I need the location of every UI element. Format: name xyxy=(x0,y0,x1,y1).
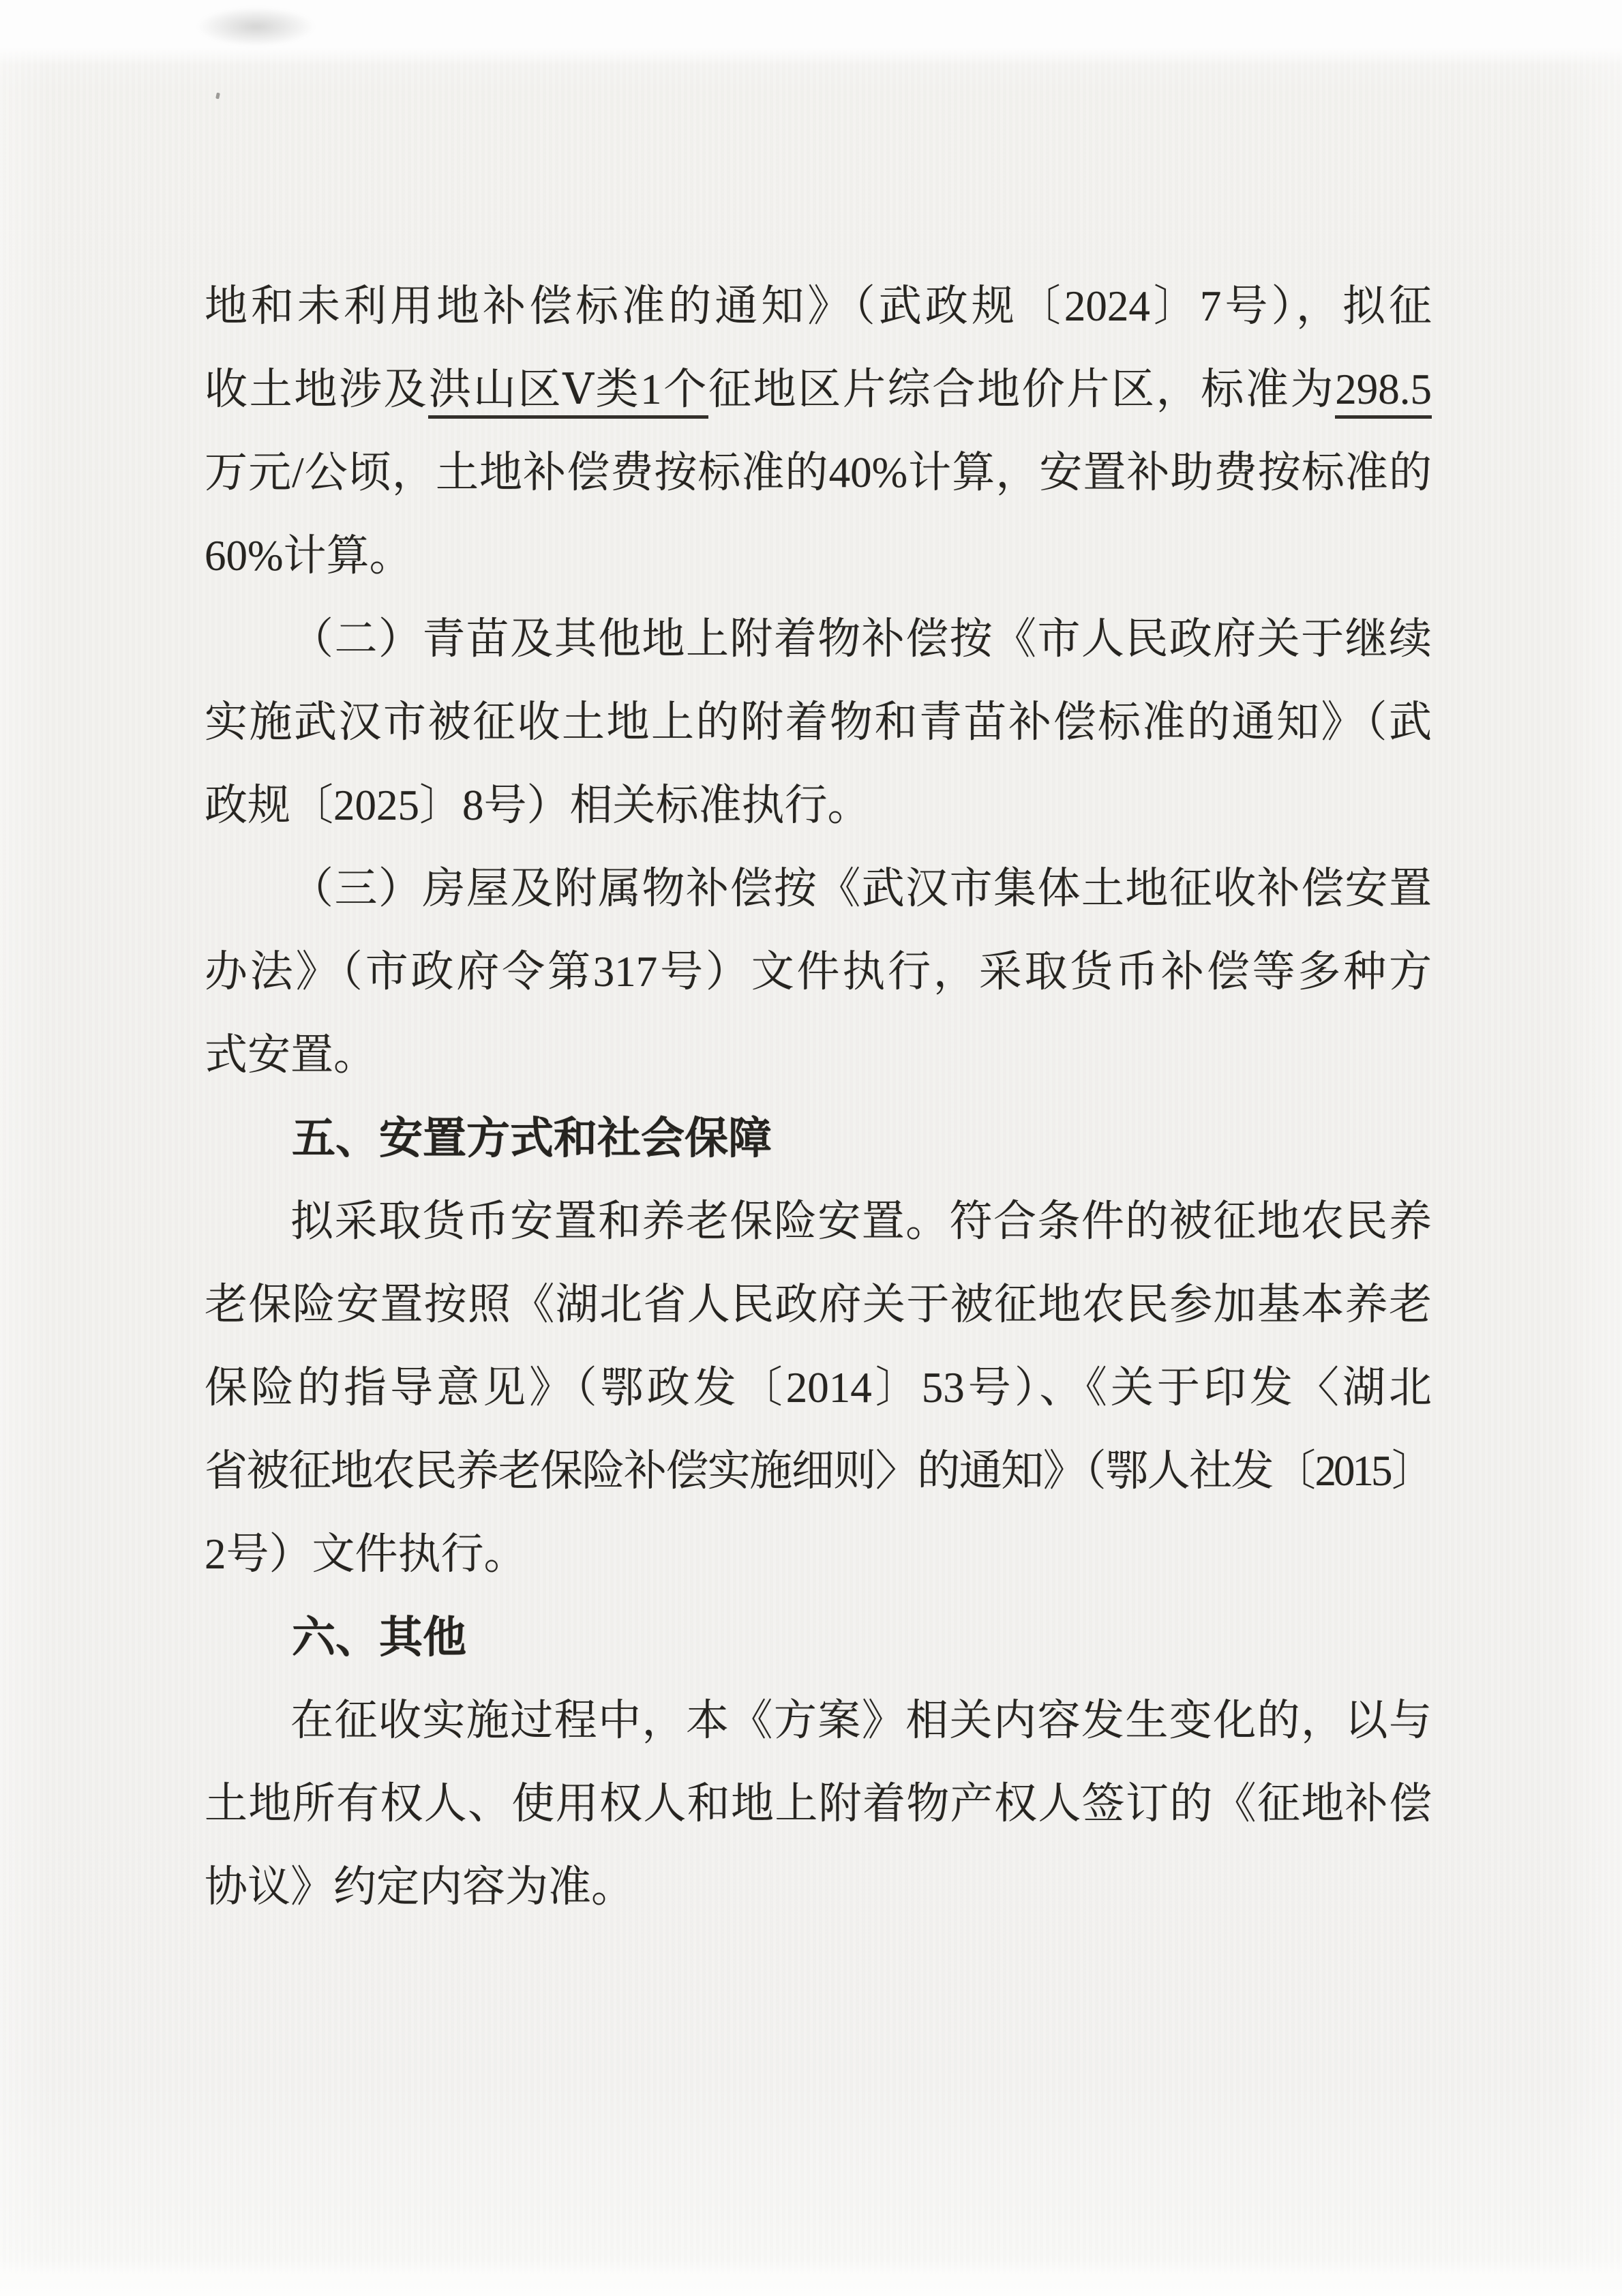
text-run: 万元/公顷，土地补偿费按标准的40%计算，安置补助费按标准的 xyxy=(205,449,1432,496)
text-run: 地和未利用地补偿标准的通知》（武政规〔2024〕7号），拟征 xyxy=(205,282,1432,330)
text-line: 实施武汉市被征收土地上的附着物和青苗补偿标准的通知》（武 xyxy=(205,681,1432,764)
text-run: 土地所有权人、使用权人和地上附着物产权人签订的《征地补偿 xyxy=(205,1780,1432,1828)
text-run: 协议》约定内容为准。 xyxy=(205,1863,634,1911)
text-line: （二）青苗及其他地上附着物补偿按《市人民政府关于继续 xyxy=(205,597,1432,681)
text-line: （三）房屋及附属物补偿按《武汉市集体土地征收补偿安置 xyxy=(205,847,1432,930)
text-line: 60%计算。 xyxy=(205,514,1432,597)
section-heading: 五、安置方式和社会保障 xyxy=(205,1097,1432,1180)
underlined-text: 洪山区Ⅴ类1个 xyxy=(428,366,708,419)
text-line: 在征收实施过程中，本《方案》相关内容发生变化的，以与 xyxy=(205,1679,1432,1762)
text-run: （二）青苗及其他地上附着物补偿按《市人民政府关于继续 xyxy=(290,615,1432,663)
text-line: 保险的指导意见》（鄂政发〔2014〕53号）、《关于印发〈湖北 xyxy=(205,1346,1432,1429)
text-run: 保险的指导意见》（鄂政发〔2014〕53号）、《关于印发〈湖北 xyxy=(205,1364,1432,1412)
text-line: 省被征地农民养老保险补偿实施细则〉的通知》（鄂人社发〔2015〕 xyxy=(205,1429,1432,1512)
text-run: 政规〔2025〕8号）相关标准执行。 xyxy=(205,781,871,829)
text-run: 2号）文件执行。 xyxy=(205,1530,527,1578)
text-run: 收土地涉及 xyxy=(205,366,428,413)
text-line: 万元/公顷，土地补偿费按标准的40%计算，安置补助费按标准的 xyxy=(205,431,1432,514)
scan-smudge-artifact xyxy=(196,7,316,46)
scan-bottom-white-band xyxy=(0,2261,1622,2296)
text-run: 征地区片综合地价片区，标准为 xyxy=(708,366,1335,413)
text-line: 式安置。 xyxy=(205,1013,1432,1097)
text-run: 省被征地农民养老保险补偿实施细则〉的通知》（鄂人社发〔2015〕 xyxy=(205,1447,1432,1495)
text-line: 收土地涉及洪山区Ⅴ类1个征地区片综合地价片区，标准为298.5 xyxy=(205,348,1432,431)
text-line: 地和未利用地补偿标准的通知》（武政规〔2024〕7号），拟征 xyxy=(205,265,1432,348)
text-line: 2号）文件执行。 xyxy=(205,1512,1432,1596)
text-line: 土地所有权人、使用权人和地上附着物产权人签订的《征地补偿 xyxy=(205,1762,1432,1845)
scanned-document-page: 地和未利用地补偿标准的通知》（武政规〔2024〕7号），拟征收土地涉及洪山区Ⅴ类… xyxy=(0,0,1622,2296)
text-run: 拟采取货币安置和养老保险安置。符合条件的被征地农民养 xyxy=(290,1197,1432,1245)
text-line: 政规〔2025〕8号）相关标准执行。 xyxy=(205,764,1432,847)
text-run: 老保险安置按照《湖北省人民政府关于被征地农民参加基本养老 xyxy=(205,1281,1432,1328)
text-line: 拟采取货币安置和养老保险安置。符合条件的被征地农民养 xyxy=(205,1180,1432,1263)
text-run: 式安置。 xyxy=(205,1031,376,1079)
text-run: 六、其他 xyxy=(292,1613,466,1662)
scan-speck-artifact xyxy=(215,93,220,100)
text-line: 老保险安置按照《湖北省人民政府关于被征地农民参加基本养老 xyxy=(205,1263,1432,1346)
document-text: 地和未利用地补偿标准的通知》（武政规〔2024〕7号），拟征收土地涉及洪山区Ⅴ类… xyxy=(205,265,1432,1928)
text-run: 实施武汉市被征收土地上的附着物和青苗补偿标准的通知》（武 xyxy=(205,698,1432,746)
text-line: 办法》（市政府令第317号）文件执行，采取货币补偿等多种方 xyxy=(205,930,1432,1013)
underlined-text: 298.5 xyxy=(1335,366,1432,419)
text-line: 协议》约定内容为准。 xyxy=(205,1845,1432,1928)
text-run: 办法》（市政府令第317号）文件执行，采取货币补偿等多种方 xyxy=(205,948,1432,996)
text-run: （三）房屋及附属物补偿按《武汉市集体土地征收补偿安置 xyxy=(290,865,1432,912)
text-run: 在征收实施过程中，本《方案》相关内容发生变化的，以与 xyxy=(290,1697,1432,1744)
text-run: 五、安置方式和社会保障 xyxy=(292,1114,772,1163)
section-heading: 六、其他 xyxy=(205,1596,1432,1679)
text-run: 60%计算。 xyxy=(205,532,412,580)
